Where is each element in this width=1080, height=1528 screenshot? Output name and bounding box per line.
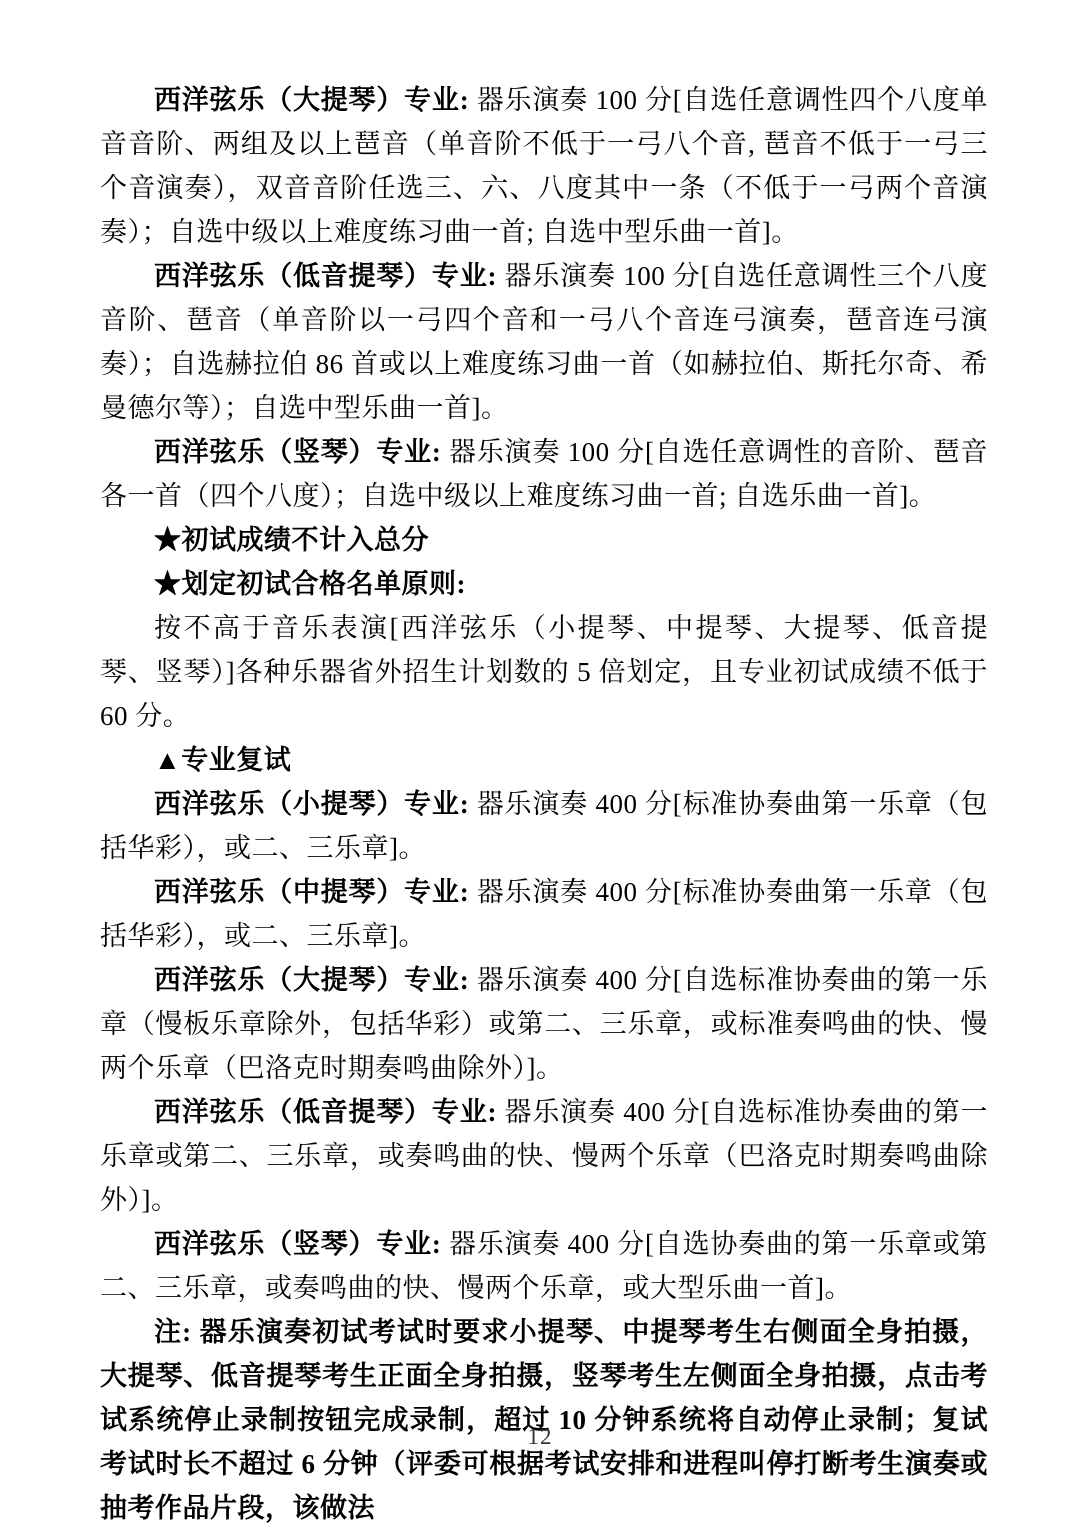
heading-professional-retest: ▲专业复试 <box>100 738 988 782</box>
para-qualification-criteria-body: 按不高于音乐表演[西洋弦乐（小提琴、中提琴、大提琴、低音提琴、竖琴）]各种乐器省… <box>100 613 988 731</box>
page-number: 12 <box>0 1424 1080 1450</box>
para-doublebass-preliminary: 西洋弦乐（低音提琴）专业: 器乐演奏 100 分[自选任意调性三个八度音阶、琶音… <box>100 254 988 430</box>
heading-prelim-score-note-text: ★初试成绩不计入总分 <box>154 525 429 555</box>
heading-prelim-qualification-rule: ★划定初试合格名单原则: <box>100 562 988 606</box>
heading-professional-retest-text: ▲专业复试 <box>154 745 291 775</box>
para-viola-retest: 西洋弦乐（中提琴）专业: 器乐演奏 400 分[标准协奏曲第一乐章（包括华彩），… <box>100 870 988 958</box>
para-cello-retest: 西洋弦乐（大提琴）专业: 器乐演奏 400 分[自选标准协奏曲的第一乐章（慢板乐… <box>100 958 988 1090</box>
para-exam-note-lead: 注: 器乐演奏初试考试时要求小提琴、中提琴考生右侧面全身拍摄，大提琴、低音提琴考… <box>100 1317 988 1523</box>
para-viola-retest-lead: 西洋弦乐（中提琴）专业: <box>154 877 469 907</box>
para-qualification-criteria: 按不高于音乐表演[西洋弦乐（小提琴、中提琴、大提琴、低音提琴、竖琴）]各种乐器省… <box>100 606 988 738</box>
para-doublebass-retest: 西洋弦乐（低音提琴）专业: 器乐演奏 400 分[自选标准协奏曲的第一乐章或第二… <box>100 1090 988 1222</box>
document-page: 西洋弦乐（大提琴）专业: 器乐演奏 100 分[自选任意调性四个八度单音音阶、两… <box>0 0 1080 1528</box>
heading-prelim-qualification-rule-text: ★划定初试合格名单原则: <box>154 569 466 599</box>
para-doublebass-preliminary-lead: 西洋弦乐（低音提琴）专业: <box>154 261 497 291</box>
para-violin-retest-lead: 西洋弦乐（小提琴）专业: <box>154 789 469 819</box>
para-violin-retest: 西洋弦乐（小提琴）专业: 器乐演奏 400 分[标准协奏曲第一乐章（包括华彩），… <box>100 782 988 870</box>
heading-prelim-score-note: ★初试成绩不计入总分 <box>100 518 988 562</box>
para-cello-preliminary: 西洋弦乐（大提琴）专业: 器乐演奏 100 分[自选任意调性四个八度单音音阶、两… <box>100 78 988 254</box>
para-harp-retest: 西洋弦乐（竖琴）专业: 器乐演奏 400 分[自选协奏曲的第一乐章或第二、三乐章… <box>100 1222 988 1310</box>
para-harp-preliminary-lead: 西洋弦乐（竖琴）专业: <box>154 437 441 467</box>
para-harp-preliminary: 西洋弦乐（竖琴）专业: 器乐演奏 100 分[自选任意调性的音阶、琶音各一首（四… <box>100 430 988 518</box>
para-cello-preliminary-lead: 西洋弦乐（大提琴）专业: <box>154 85 469 115</box>
para-cello-retest-lead: 西洋弦乐（大提琴）专业: <box>154 965 469 995</box>
para-harp-retest-lead: 西洋弦乐（竖琴）专业: <box>154 1229 441 1259</box>
para-doublebass-retest-lead: 西洋弦乐（低音提琴）专业: <box>154 1097 497 1127</box>
para-exam-note: 注: 器乐演奏初试考试时要求小提琴、中提琴考生右侧面全身拍摄，大提琴、低音提琴考… <box>100 1310 988 1528</box>
